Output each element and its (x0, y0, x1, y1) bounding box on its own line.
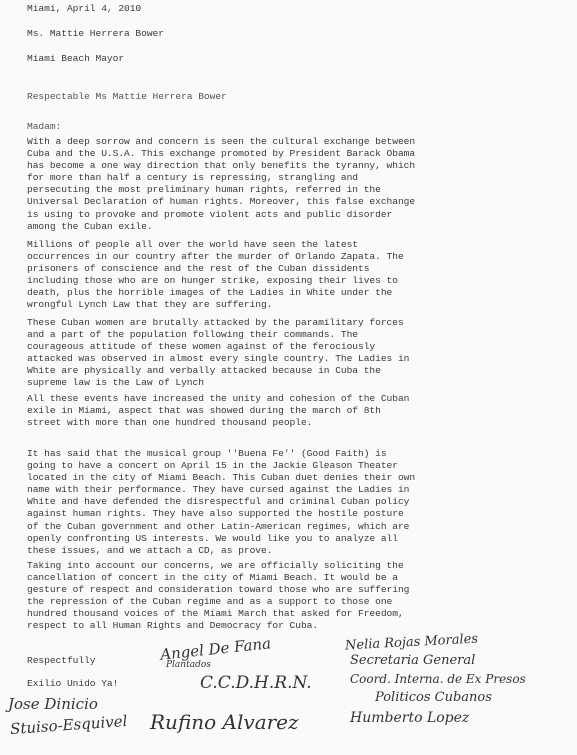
signature-nelia-rojas: Nelia Rojas Morales (345, 632, 479, 654)
signature-plantados: Plantados (166, 660, 211, 670)
scanned-letter-page: Miami, April 4, 2010 Ms. Mattie Herrera … (0, 0, 577, 755)
signature-jose-dinicio: Jose Dinicio (8, 695, 98, 713)
paragraph-6: Taking into account our concerns, we are… (27, 560, 547, 633)
paragraph-2: Millions of people all over the world ha… (27, 239, 547, 312)
recipient-name: Ms. Mattie Herrera Bower (27, 28, 164, 39)
paragraph-5: It has said that the musical group ''Bue… (27, 448, 547, 557)
organization: Exilio Unido Ya! (27, 678, 118, 689)
signature-ccdhrn: C.C.D.H.R.N. (200, 673, 312, 693)
salutation-full: Respectable Ms Mattie Herrera Bower (27, 91, 227, 102)
closing: Respectfully (27, 655, 96, 666)
paragraph-1: With a deep sorrow and concern is seen t… (27, 136, 547, 233)
signature-coord: Coord. Interna. de Ex Presos (350, 672, 526, 686)
paragraph-4: All these events have increased the unit… (27, 393, 547, 429)
letter-date: Miami, April 4, 2010 (27, 3, 141, 14)
signature-humberto: Humberto Lopez (350, 710, 469, 726)
signature-esquivel: Stuiso-Esquivel (10, 712, 128, 738)
salutation: Madam: (27, 121, 61, 132)
signature-rufino-alvarez: Rufino Alvarez (150, 710, 299, 734)
signature-politicos: Politicos Cubanos (375, 690, 492, 705)
signature-secretaria: Secretaria General (350, 653, 475, 668)
paragraph-3: These Cuban women are brutally attacked … (27, 317, 547, 390)
recipient-title: Miami Beach Mayor (27, 53, 124, 64)
